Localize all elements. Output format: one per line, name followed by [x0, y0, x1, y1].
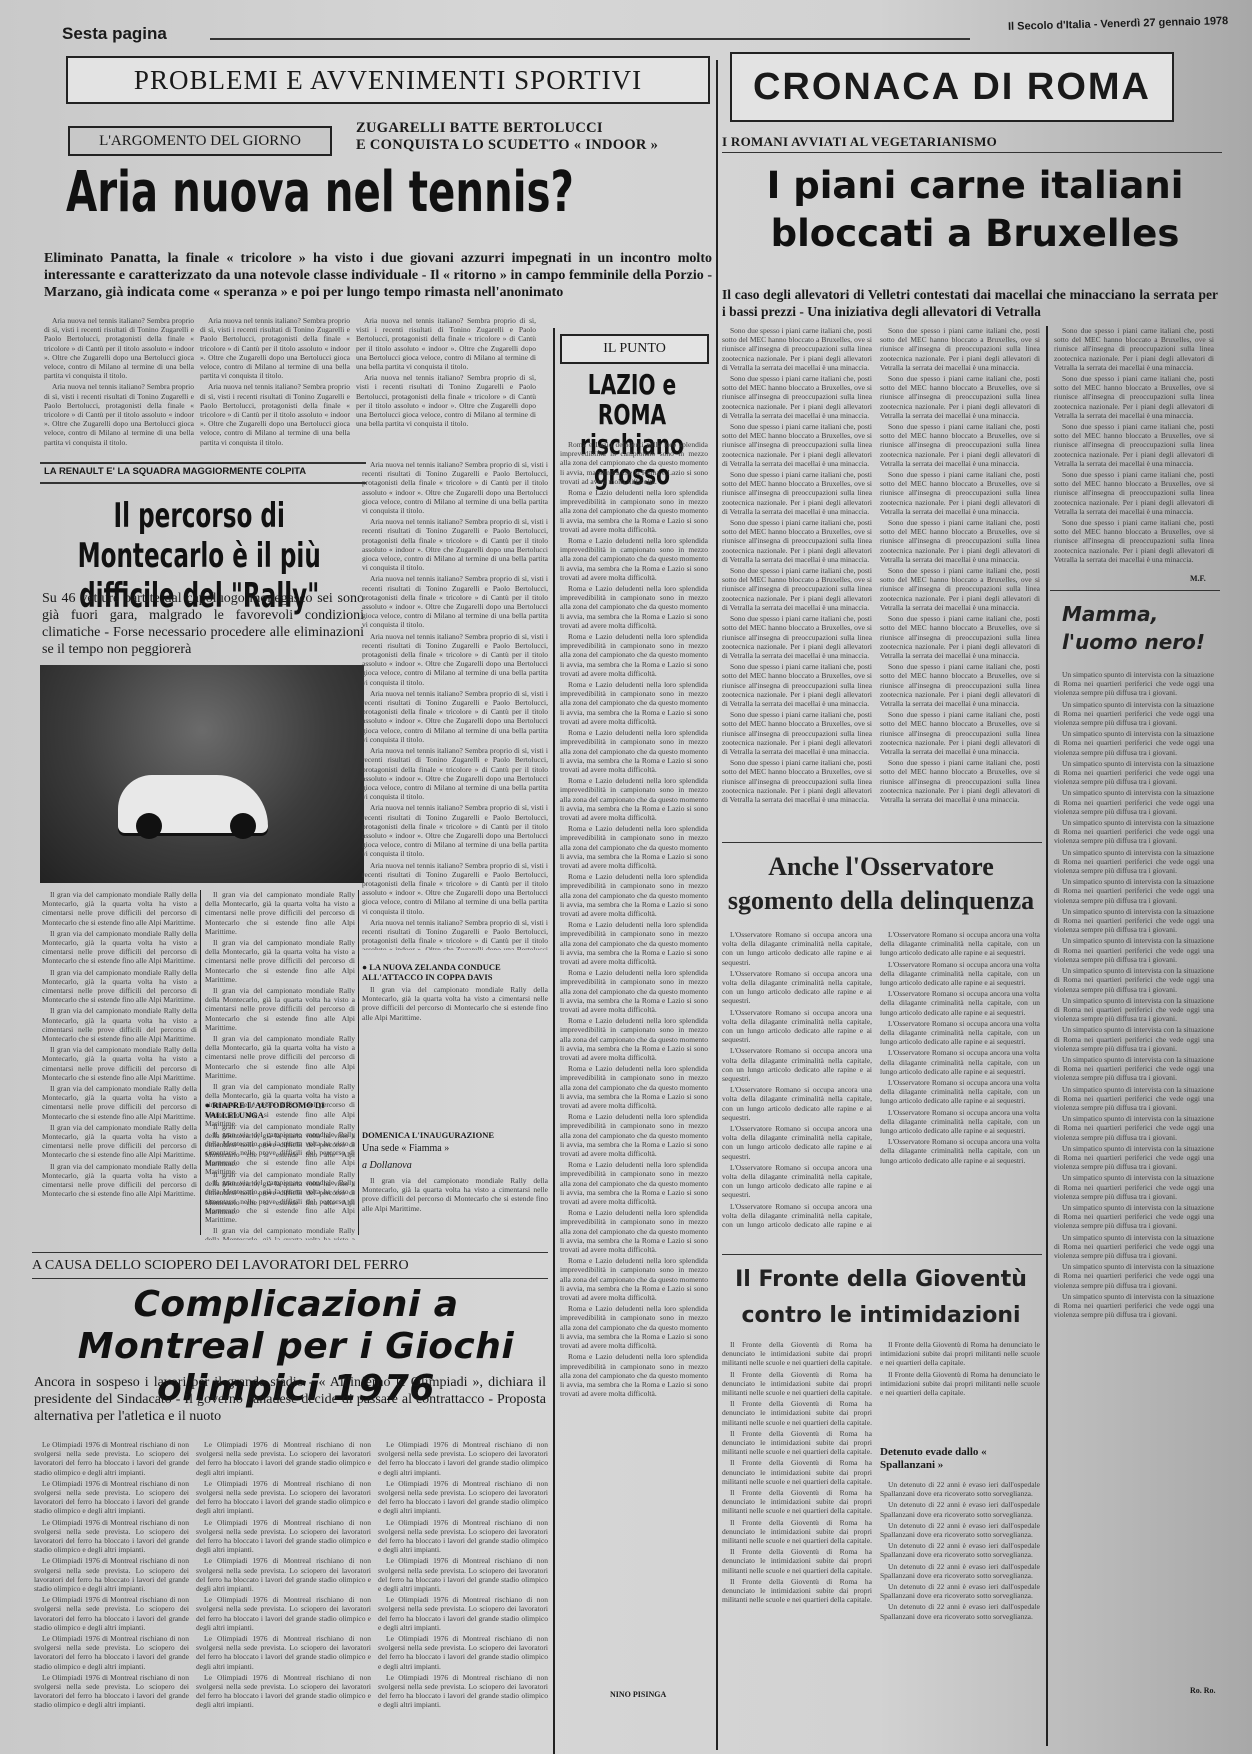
- tennis-deck: Eliminato Panatta, la finale « tricolore…: [44, 250, 712, 301]
- osservatore-headline: Anche l'Osservatore sgomento della delin…: [726, 850, 1036, 918]
- carne-rule: [722, 152, 1222, 153]
- fronte-rule: [722, 1254, 1042, 1255]
- carne-body-col-1: Sono due spesso i piani carne italiani c…: [722, 326, 872, 826]
- brief-fiamma-subtitle: Una sede « Fiamma »: [362, 1143, 548, 1154]
- brief-fiamma-title: DOMENICA L'INAUGURAZIONE: [362, 1130, 548, 1140]
- mamma-headline: Mamma, l'uomo nero!: [1062, 600, 1222, 656]
- brief-fiamma-body: Il gran via del campionato mondiale Rall…: [362, 1176, 548, 1234]
- carne-headline: I piani carne italiani bloccati a Bruxel…: [730, 162, 1220, 258]
- montreal-rule: [32, 1252, 548, 1253]
- fronte-headline: Il Fronte della Gioventù contro le intim…: [726, 1262, 1036, 1334]
- rally-body-col-1: Il gran via del campionato mondiale Rall…: [42, 890, 197, 1240]
- montreal-body-col-2: Le Olimpiadi 1976 di Montreal rischiano …: [196, 1440, 371, 1740]
- rally-rule-bottom: [40, 482, 366, 484]
- carne-deck: Il caso degli allevatori di Velletri con…: [722, 286, 1218, 320]
- argomento-box: L'ARGOMENTO DEL GIORNO: [68, 126, 332, 156]
- osservatore-body-col-2: L'Osservatore Romano si occupa ancora un…: [880, 930, 1040, 1230]
- wheel-icon: [230, 813, 256, 839]
- tennis-kicker: ZUGARELLI BATTE BERTOLUCCI E CONQUISTA L…: [356, 120, 696, 154]
- montreal-kicker: A CAUSA DELLO SCIOPERO DEI LAVORATORI DE…: [32, 1258, 409, 1274]
- tennis-body-col-3: Aria nuova nel tennis italiano? Sembra p…: [356, 316, 536, 456]
- osservatore-body-col-1: L'Osservatore Romano si occupa ancora un…: [722, 930, 872, 1230]
- section-header-sport: PROBLEMI E AVVENIMENTI SPORTIVI: [66, 56, 710, 104]
- column-divider: [716, 60, 718, 1750]
- tennis-body-continued: Aria nuova nel tennis italiano? Sembra p…: [362, 460, 548, 950]
- carne-body-col-3: Sono due spesso i piani carne italiani c…: [1054, 326, 1214, 576]
- brief-davis-body: Il gran via del campionato mondiale Rall…: [362, 985, 548, 1035]
- montreal-deck: Ancora in sospeso i lavori per il grande…: [34, 1374, 546, 1425]
- rule: [358, 890, 359, 1235]
- spallanzani-headline: Detenuto evade dallo « Spallanzani »: [880, 1446, 1040, 1472]
- fronte-body-col-2: Il Fronte della Gioventù di Roma ha denu…: [880, 1340, 1040, 1440]
- brief-vallelunga-body: Il gran via del campionato mondiale Rall…: [205, 1122, 355, 1234]
- tennis-body-col-1: Aria nuova nel tennis italiano? Sembra p…: [44, 316, 194, 456]
- carne-signature: M.F.: [1190, 574, 1206, 583]
- spallanzani-body: Un detenuto di 22 anni è evaso ieri dall…: [880, 1480, 1040, 1740]
- brief-fiamma-place: a Dollanova: [362, 1160, 548, 1171]
- rally-deck: Su 46 vetture partite dal capoluogo mone…: [42, 590, 364, 658]
- punto-box: IL PUNTO: [560, 334, 709, 364]
- tennis-headline: Aria nuova nel tennis?: [66, 160, 574, 225]
- carne-body-col-2: Sono due spesso i piani carne italiani c…: [880, 326, 1040, 826]
- montreal-body-col-3: Le Olimpiadi 1976 di Montreal rischiano …: [378, 1440, 548, 1740]
- mamma-rule: [1050, 590, 1220, 591]
- fronte-body-col-1: Il Fronte della Gioventù di Roma ha denu…: [722, 1340, 872, 1740]
- spallanzani-signature: Ro. Ro.: [1190, 1686, 1216, 1695]
- punto-signature: NINO PISINGA: [610, 1690, 666, 1699]
- rule: [200, 890, 201, 1235]
- osservatore-rule: [722, 842, 1042, 843]
- rally-rule-top: [40, 462, 366, 464]
- montreal-body-col-1: Le Olimpiadi 1976 di Montreal rischiano …: [34, 1440, 189, 1740]
- paper-date: Il Secolo d'Italia - Venerdì 27 gennaio …: [1008, 15, 1229, 33]
- brief-davis-title: ● LA NUOVA ZELANDA CONDUCE ALL'ATTACCO I…: [362, 962, 548, 982]
- tennis-body-col-2: Aria nuova nel tennis italiano? Sembra p…: [200, 316, 350, 456]
- rally-photo: [40, 665, 364, 883]
- wheel-icon: [136, 813, 162, 839]
- carne-kicker: I ROMANI AVVIATI AL VEGETARIANISMO: [722, 134, 997, 150]
- rally-kicker: LA RENAULT E' LA SQUADRA MAGGIORMENTE CO…: [44, 466, 306, 477]
- masthead-rule: [210, 38, 970, 40]
- page-label: Sesta pagina: [62, 24, 167, 44]
- column-divider: [1046, 326, 1048, 1746]
- section-header-roma: CRONACA DI ROMA: [730, 52, 1174, 122]
- mamma-body: Un simpatico spunto di intervista con la…: [1054, 670, 1214, 1700]
- punto-body: Roma e Lazio deludenti nella loro splend…: [560, 440, 708, 1680]
- montreal-rule: [32, 1278, 548, 1279]
- brief-vallelunga-title: ● RIAPRE L'AUTODROMO DI VALLELUNGA: [205, 1100, 355, 1120]
